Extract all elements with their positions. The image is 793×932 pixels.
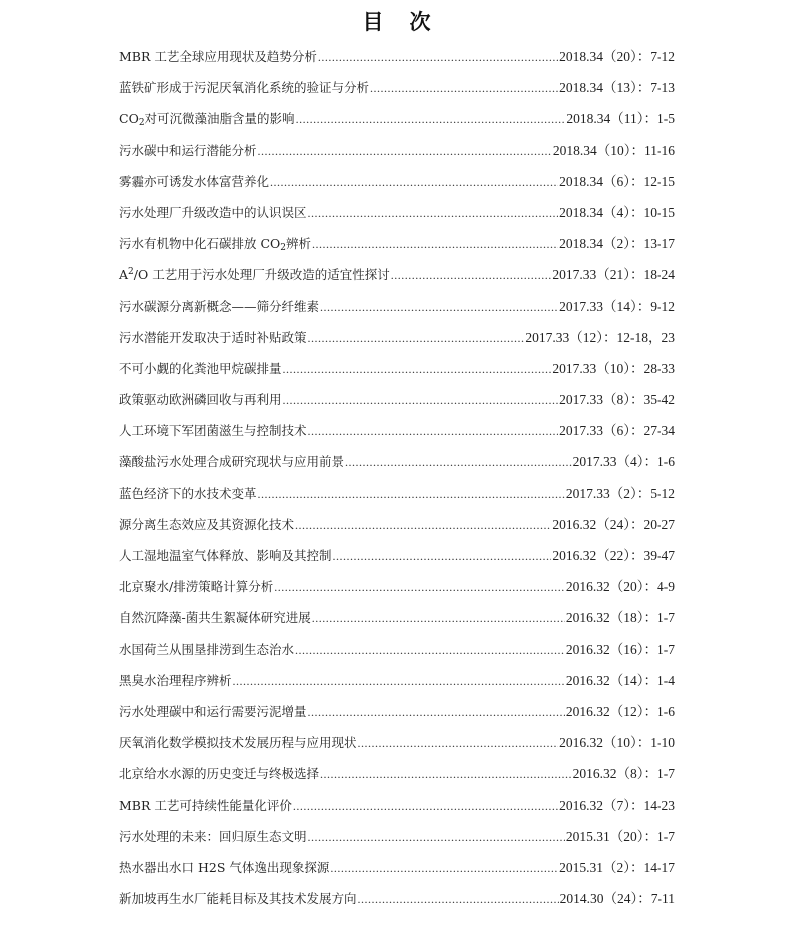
toc-entry[interactable]: 北京聚水/排涝策略计算分析2016.32（20）：4-9 [119,576,675,607]
title-part: 对可沉微藻油脂含量的影响 [145,111,295,126]
entry-title: 污水潜能开发取决于适时补贴政策 [119,327,307,349]
entry-citation: 2017.33（2）：5-12 [566,483,675,505]
toc-entry[interactable]: 人工湿地温室气体释放、影响及其控制2016.32（22）：39-47 [119,545,675,576]
entry-citation: 2018.34（2）：13-17 [559,233,675,255]
dot-leader [320,296,558,318]
dot-leader [283,358,552,380]
dot-leader [391,264,552,286]
toc-entry[interactable]: 自然沉降藻-菌共生絮凝体研究进展2016.32（18）：1-7 [119,607,675,638]
entry-title: 藻酸盐污水处理合成研究现状与应用前景 [119,451,344,473]
entry-title: 黑臭水治理程序辨析 [119,670,232,692]
entry-title: 人工环境下军团菌滋生与控制技术 [119,420,307,442]
toc-entry[interactable]: MBR 工艺全球应用现状及趋势分析2018.34（20）：7-12 [119,46,675,77]
entry-title: 北京给水水源的历史变迁与终极选择 [119,763,319,785]
entry-citation: 2014.30（24）：7-11 [560,888,675,910]
toc-entry[interactable]: A2/O 工艺用于污水处理厂升级改造的适宜性探讨2017.33（21）：18-2… [119,264,675,295]
toc-entry[interactable]: 雾霾亦可诱发水体富营养化2018.34（6）：12-15 [119,171,675,202]
dot-leader [308,202,559,224]
entry-citation: 2016.32（22）：39-47 [552,545,675,567]
toc-entry[interactable]: 黑臭水治理程序辨析2016.32（14）：1-4 [119,670,675,701]
toc-entry[interactable]: CO2对可沉微藻油脂含量的影响2018.34（11）：1-5 [119,108,675,139]
dot-leader [345,451,572,473]
entry-citation: 2018.34（6）：12-15 [559,171,675,193]
entry-title: A2/O 工艺用于污水处理厂升级改造的适宜性探讨 [119,264,390,286]
toc-entry[interactable]: 热水器出水口 H2S 气体逸出现象探源2015.31（2）：14-17 [119,857,675,888]
entry-citation: 2017.33（12）：12-18，23 [525,327,675,349]
entry-title: 热水器出水口 H2S 气体逸出现象探源 [119,857,329,879]
toc-entry[interactable]: 污水处理厂升级改造中的认识误区2018.34（4）：10-15 [119,202,675,233]
toc-entry[interactable]: 人工环境下军团菌滋生与控制技术2017.33（6）：27-34 [119,420,675,451]
entry-title: MBR 工艺全球应用现状及趋势分析 [119,46,317,68]
entry-title: 厌氧消化数学模拟技术发展历程与应用现状 [119,732,357,754]
title-part: /O 工艺用于污水处理厂升级改造的适宜性探讨 [134,267,390,282]
toc-entry[interactable]: 政策驱动欧洲磷回收与再利用2017.33（8）：35-42 [119,389,675,420]
entry-citation: 2018.34（10）：11-16 [553,140,675,162]
entry-title: 污水碳源分离新概念——筛分纤维素 [119,296,319,318]
entry-title: 水国荷兰从围垦排涝到生态治水 [119,639,294,661]
entry-citation: 2016.32（7）：14-23 [559,795,675,817]
entry-title: 政策驱动欧洲磷回收与再利用 [119,389,282,411]
title-char-1: 目 [363,10,384,34]
entry-citation: 2017.33（6）：27-34 [559,420,675,442]
dot-leader [320,763,572,785]
dot-leader [258,140,552,162]
toc-entry[interactable]: 蓝铁矿形成于污泥厌氧消化系统的验证与分析2018.34（13）：7-13 [119,77,675,108]
toc-entry[interactable]: 水国荷兰从围垦排涝到生态治水2016.32（16）：1-7 [119,639,675,670]
title-part: 辨析 [286,236,311,251]
toc-entry[interactable]: 藻酸盐污水处理合成研究现状与应用前景2017.33（4）：1-6 [119,451,675,482]
title-part: CO [119,111,139,126]
dot-leader [295,514,551,536]
dot-leader [312,233,558,255]
toc-entry[interactable]: 蓝色经济下的水技术变革2017.33（2）：5-12 [119,483,675,514]
dot-leader [274,576,565,598]
entry-title: 污水处理厂升级改造中的认识误区 [119,202,307,224]
entry-citation: 2017.33（21）：18-24 [552,264,675,286]
entry-title: 源分离生态效应及其资源化技术 [119,514,294,536]
entry-title: 不可小觑的化粪池甲烷碳排量 [119,358,282,380]
dot-leader [358,888,559,910]
toc-entry[interactable]: 污水碳源分离新概念——筛分纤维素2017.33（14）：9-12 [119,296,675,327]
entry-title: 人工湿地温室气体释放、影响及其控制 [119,545,332,567]
dot-leader [308,701,565,723]
entry-citation: 2017.33（10）：28-33 [552,358,675,380]
entry-title: 污水处理碳中和运行需要污泥增量 [119,701,307,723]
entry-citation: 2016.32（20）：4-9 [566,576,675,598]
entry-citation: 2017.33（8）：35-42 [559,389,675,411]
dot-leader [358,732,559,754]
entry-title: 自然沉降藻-菌共生絮凝体研究进展 [119,607,311,629]
dot-leader [233,670,565,692]
toc-entry[interactable]: 不可小觑的化粪池甲烷碳排量2017.33（10）：28-33 [119,358,675,389]
dot-leader [318,46,558,68]
dot-leader [283,389,559,411]
toc-entry[interactable]: 污水处理碳中和运行需要污泥增量2016.32（12）：1-6 [119,701,675,732]
entry-citation: 2016.32（10）：1-10 [559,732,675,754]
entry-citation: 2017.33（14）：9-12 [559,296,675,318]
entry-title: 北京聚水/排涝策略计算分析 [119,576,273,598]
dot-leader [330,857,558,879]
entry-citation: 2018.34（4）：10-15 [559,202,675,224]
page-title: 目次 [0,6,793,36]
toc-entry[interactable]: MBR 工艺可持续性能量化评价2016.32（7）：14-23 [119,795,675,826]
dot-leader [333,545,552,567]
entry-citation: 2016.32（24）：20-27 [552,514,675,536]
toc-entry[interactable]: 污水潜能开发取决于适时补贴政策2017.33（12）：12-18，23 [119,327,675,358]
toc-entry[interactable]: 污水处理的未来：回归原生态文明2015.31（20）：1-7 [119,826,675,857]
entry-citation: 2016.32（8）：1-7 [573,763,675,785]
entry-citation: 2016.32（14）：1-4 [566,670,675,692]
title-part: 污水有机物中化石碳排放 CO [119,236,280,251]
entry-title: CO2对可沉微藻油脂含量的影响 [119,108,295,130]
entry-title: 污水处理的未来：回归原生态文明 [119,826,307,848]
toc-entry[interactable]: 北京给水水源的历史变迁与终极选择2016.32（8）：1-7 [119,763,675,794]
toc-entry[interactable]: 厌氧消化数学模拟技术发展历程与应用现状2016.32（10）：1-10 [119,732,675,763]
entry-citation: 2017.33（4）：1-6 [573,451,675,473]
entry-citation: 2015.31（20）：1-7 [566,826,675,848]
entry-title: MBR 工艺可持续性能量化评价 [119,795,292,817]
dot-leader [270,171,558,193]
entry-citation: 2015.31（2）：14-17 [559,857,675,879]
title-char-2: 次 [410,10,431,34]
entry-citation: 2016.32（16）：1-7 [566,639,675,661]
dot-leader [296,108,566,130]
entry-title: 蓝铁矿形成于污泥厌氧消化系统的验证与分析 [119,77,369,99]
entry-citation: 2018.34（11）：1-5 [566,108,675,130]
entry-title: 蓝色经济下的水技术变革 [119,483,257,505]
toc-entry[interactable]: 新加坡再生水厂能耗目标及其技术发展方向2014.30（24）：7-11 [119,888,675,919]
entry-citation: 2018.34（13）：7-13 [559,77,675,99]
dot-leader [295,639,565,661]
entry-title: 污水碳中和运行潜能分析 [119,140,257,162]
table-of-contents: MBR 工艺全球应用现状及趋势分析2018.34（20）：7-12 蓝铁矿形成于… [119,46,675,919]
entry-citation: 2018.34（20）：7-12 [559,46,675,68]
toc-entry[interactable]: 污水碳中和运行潜能分析2018.34（10）：11-16 [119,140,675,171]
toc-entry[interactable]: 源分离生态效应及其资源化技术2016.32（24）：20-27 [119,514,675,545]
dot-leader [293,795,558,817]
dot-leader [308,826,565,848]
entry-citation: 2016.32（18）：1-7 [566,607,675,629]
dot-leader [258,483,565,505]
entry-title: 污水有机物中化石碳排放 CO2辨析 [119,233,311,255]
entry-title: 雾霾亦可诱发水体富营养化 [119,171,269,193]
entry-citation: 2016.32（12）：1-6 [566,701,675,723]
dot-leader [312,607,565,629]
dot-leader [370,77,558,99]
title-part: A [119,267,128,282]
dot-leader [308,420,559,442]
dot-leader [308,327,525,349]
toc-entry[interactable]: 污水有机物中化石碳排放 CO2辨析2018.34（2）：13-17 [119,233,675,264]
entry-title: 新加坡再生水厂能耗目标及其技术发展方向 [119,888,357,910]
